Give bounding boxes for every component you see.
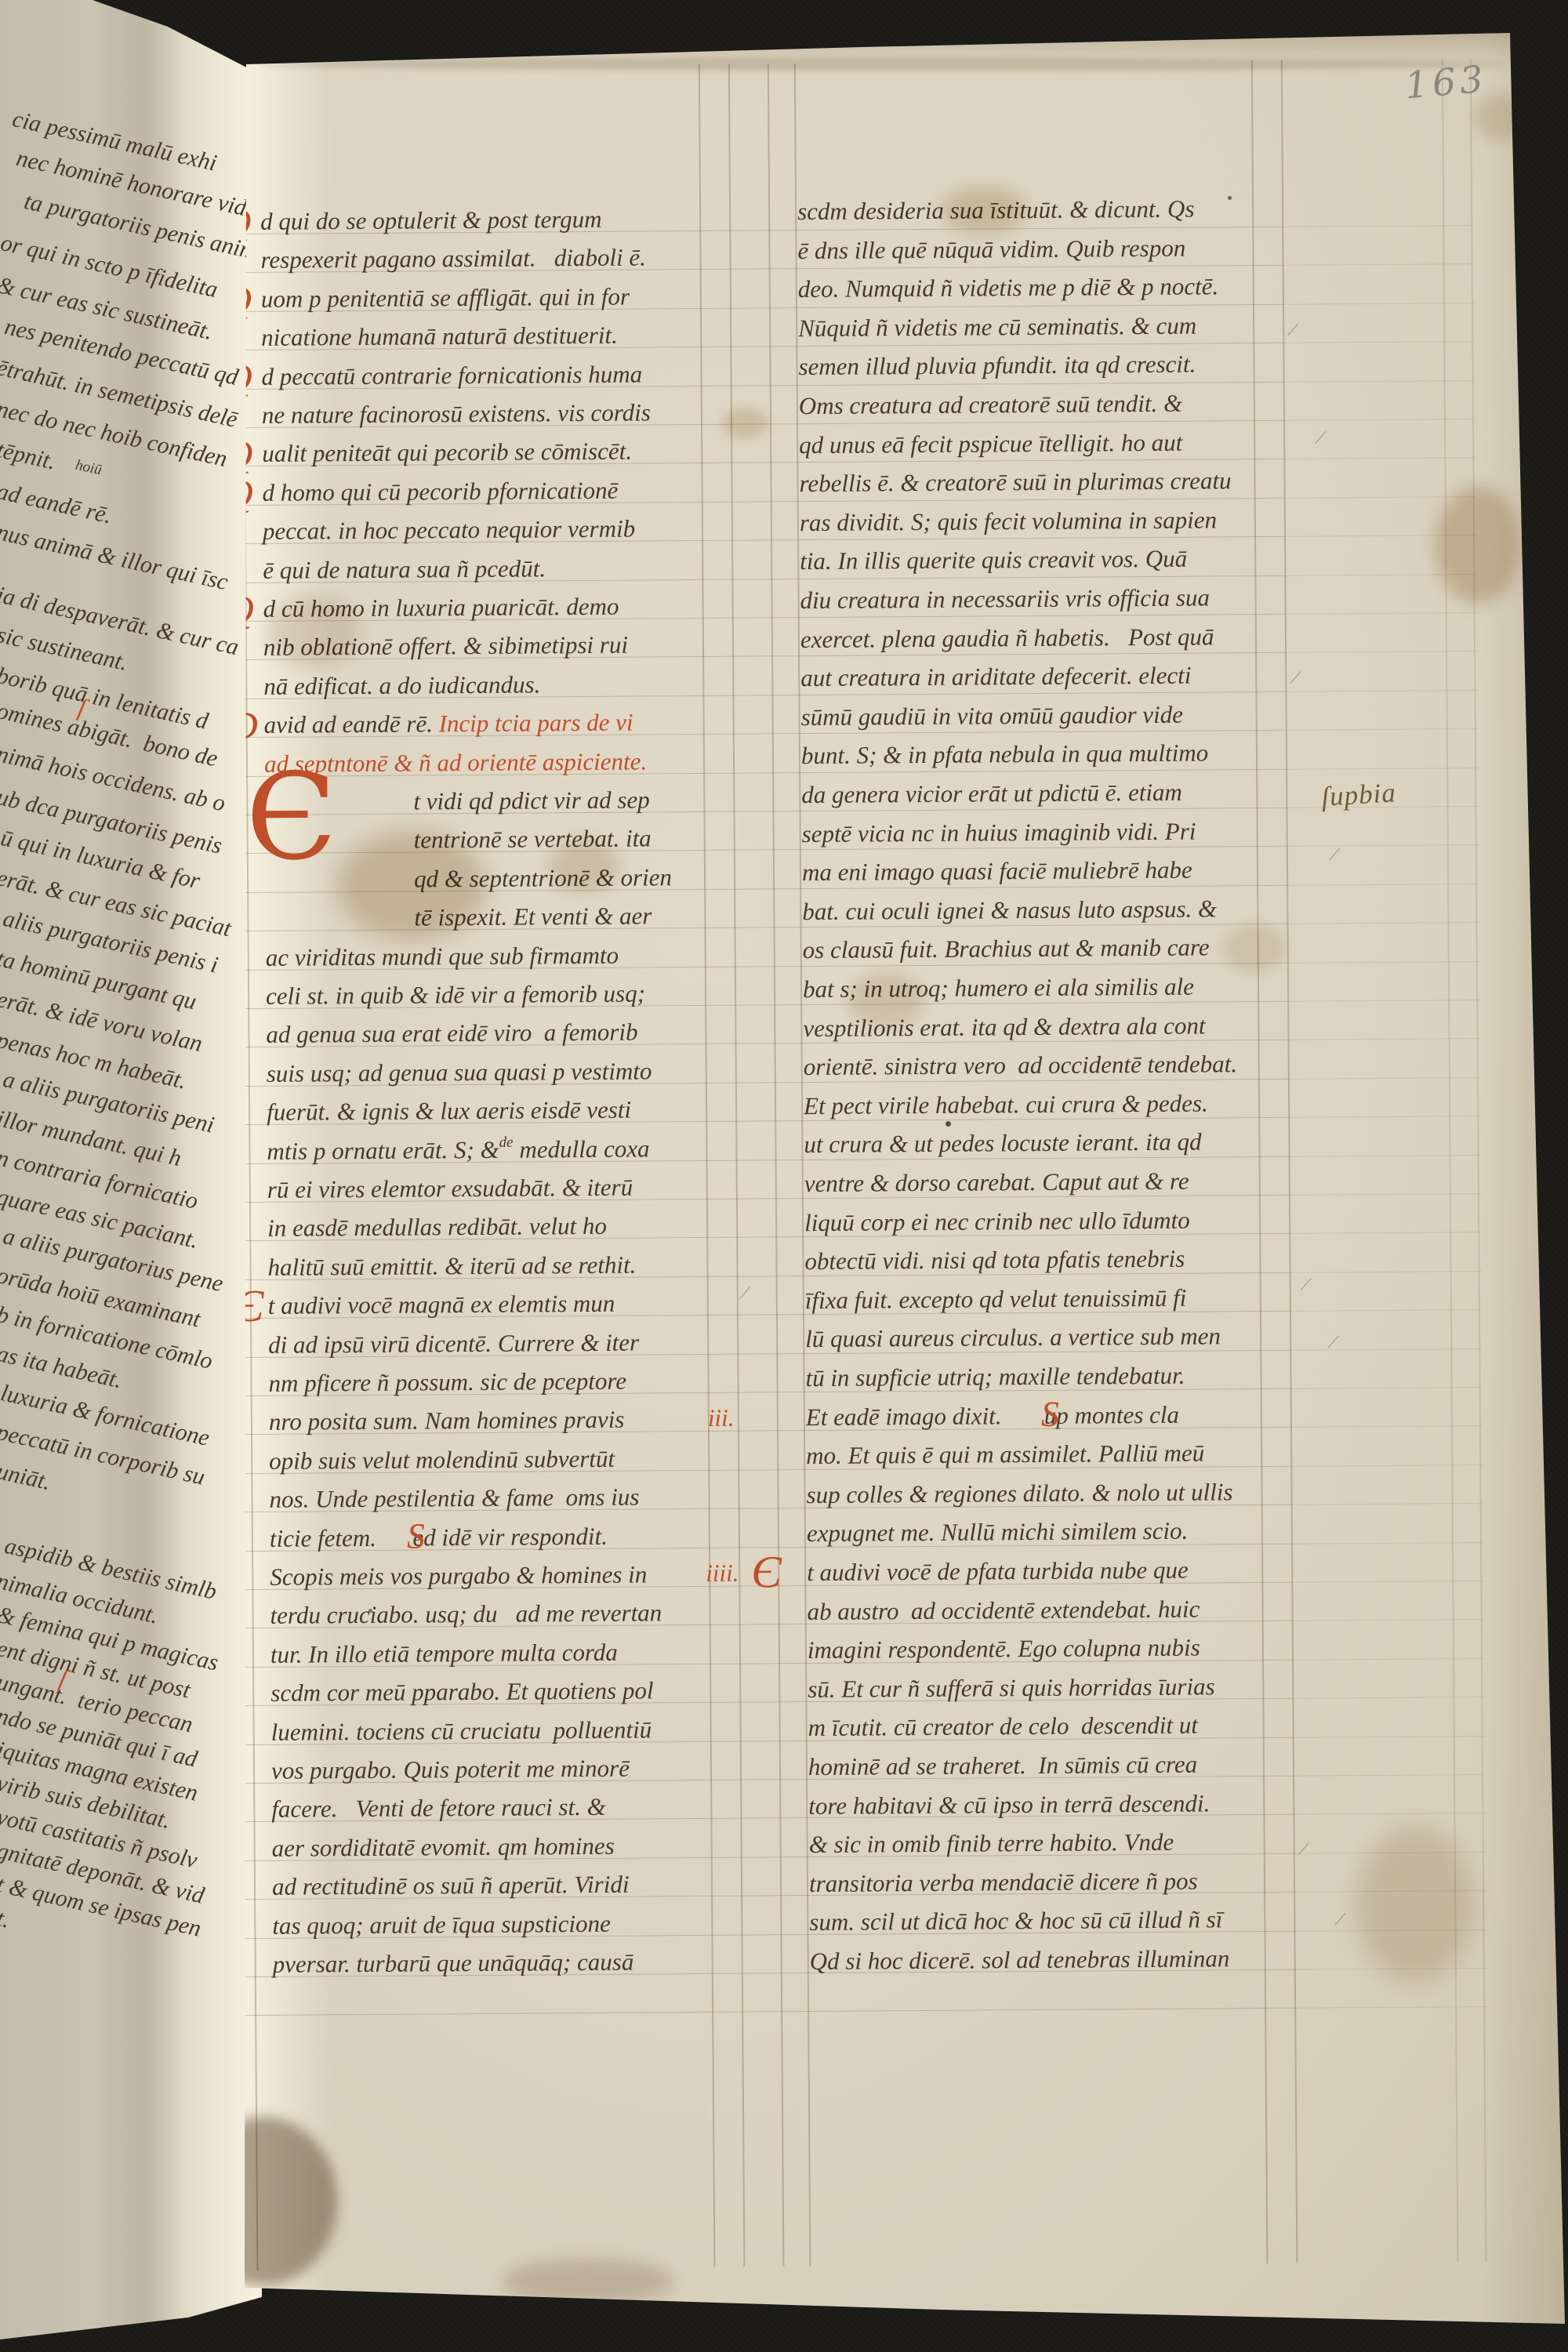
text-segment: celi st. in quib & idē vir a femorib usq… xyxy=(266,979,645,1009)
pen-tick-mark: / xyxy=(1315,425,1327,450)
text-segment: ē qui de natura sua ñ pcedūt. xyxy=(263,554,546,584)
text-column-2-line: ma eni imago quasi faciē muliebrē habe xyxy=(802,855,1192,887)
text-column-2-line: Et pect virile habebat. cui crura & pede… xyxy=(804,1088,1208,1121)
ruling-line-horizontal-margin xyxy=(1293,1581,1483,1583)
text-segment: ma eni imago quasi faciē muliebrē habe xyxy=(802,856,1192,886)
text-column-1-line: aer sordiditatē evomit. qm homines xyxy=(272,1831,615,1864)
text-column-1-line: halitū suū emittit. & iterū ad se rethit… xyxy=(267,1250,636,1282)
parchment-stain xyxy=(267,596,361,666)
ruling-line-horizontal-margin xyxy=(1289,1000,1479,1002)
rubric-initial: S xyxy=(1041,1396,1059,1432)
ruling-line-horizontal-margin xyxy=(1292,1465,1483,1467)
text-segment: tur. In illo etiā tempore multa corda xyxy=(270,1639,618,1668)
text-segment: vos purgabo. Quis poterit me minorē xyxy=(271,1755,630,1784)
text-segment: nro posita sum. Nam homines pravis xyxy=(269,1406,625,1436)
ruling-line-horizontal-margin xyxy=(1294,1813,1485,1815)
text-segment: qd unus eā fecit pspicue ītelligit. ho a… xyxy=(799,428,1182,458)
parchment-stain xyxy=(941,187,1027,234)
text-column-1-line: nro posita sum. Nam homines pravisiii. xyxy=(269,1405,625,1437)
rubric-initial: S xyxy=(407,1518,425,1554)
ruling-line-horizontal-margin xyxy=(1291,1348,1482,1351)
ruling-line-horizontal-margin xyxy=(1294,1658,1484,1661)
ruling-line-horizontal-margin xyxy=(1289,961,1479,964)
ruling-line-horizontal-margin xyxy=(1287,728,1478,731)
ruling-line-vertical xyxy=(699,64,715,2267)
text-column-2-line: semen illud pluvia pfundit. ita qd cresc… xyxy=(798,350,1196,383)
left-page-text-line: tēpnit. xyxy=(0,437,58,476)
ruling-line-horizontal-margin xyxy=(1294,1697,1484,1699)
text-column-2-line: obtectū vidi. nisi qd tota pfatis tenebr… xyxy=(804,1244,1185,1276)
text-column-1-line: ticie fetem. ed idē vir respondit.S xyxy=(270,1521,608,1553)
text-column-1-line: d qui do se optulerit & post tergumQ xyxy=(260,205,602,237)
text-column-1-line: d peccatū contrarie fornicationis humaQ xyxy=(261,359,642,391)
text-segment: ventre & dorso carebat. Caput aut & re xyxy=(804,1167,1189,1197)
ruling-line-horizontal-margin xyxy=(1296,2006,1486,2009)
text-segment: d peccatū contrarie fornicationis huma xyxy=(261,360,642,390)
ruling-line-horizontal-margin xyxy=(1290,1155,1481,1157)
text-segment: rebellis ē. & creatorē suū in plurimas c… xyxy=(799,466,1231,497)
text-segment: t audivi vocē de pfata turbida nube que xyxy=(807,1556,1189,1586)
text-segment: tū in supficie utriq; maxille tendebatur… xyxy=(805,1362,1185,1392)
text-column-2-line: exercet. plena gaudia ñ habetis. Post qu… xyxy=(800,622,1214,655)
ruling-line-horizontal-margin xyxy=(1287,612,1477,615)
text-segment: pversar. turbarū que unāquāq; causā xyxy=(273,1948,634,1978)
text-segment: mtis p ornatu erāt. S; & xyxy=(267,1135,499,1164)
text-column-1-line: ē qui de natura sua ñ pcedūt. xyxy=(263,554,546,586)
text-segment: mo. Et quis ē qui m assimilet. Palliū me… xyxy=(806,1439,1204,1470)
ruling-line-horizontal-margin xyxy=(1294,1736,1485,1738)
text-column-2-line: sū. Et cur ñ sufferā si quis horridas īu… xyxy=(808,1671,1215,1704)
ruling-line-horizontal-margin xyxy=(1294,1774,1485,1777)
text-column-2-line: tia. In illis querite quis creavit vos. … xyxy=(800,544,1187,576)
parchment-stain xyxy=(946,1121,951,1127)
ruling-line-horizontal-margin xyxy=(1293,1542,1483,1544)
text-column-1-line: nm pficere ñ possum. sic de pceptore xyxy=(268,1367,626,1399)
text-column-1-line: d homo qui cū pecorib pfornicationēQ xyxy=(262,476,618,508)
parchment-stain xyxy=(259,58,1513,71)
text-segment: luemini. tociens cū cruciatu polluentiū xyxy=(271,1715,652,1745)
text-column-2-line: t audivi vocē de pfata turbida nube que xyxy=(807,1555,1189,1588)
text-column-2-line: transitoria verba mendaciē dicere ñ pos xyxy=(809,1866,1198,1898)
text-column-1-line: ac viriditas mundi que sub firmamto xyxy=(266,940,619,972)
parchment-stain xyxy=(502,2258,674,2305)
text-segment: avid ad eandē rē. xyxy=(264,710,439,739)
ruling-line-horizontal xyxy=(228,2008,1296,2016)
ruling-line-horizontal-margin xyxy=(1284,263,1475,266)
text-segment: expugnet me. Nullū michi similem scio. xyxy=(807,1517,1189,1547)
text-segment: lū quasi aureus circulus. a vertice sub … xyxy=(805,1323,1221,1353)
text-segment: respexerit pagano assimilat. diaboli ē. xyxy=(260,244,646,274)
ruling-line-horizontal-margin xyxy=(1290,1232,1481,1234)
text-column-1-line: tas quoq; aruit de īqua supsticione xyxy=(272,1908,611,1940)
text-column-2-line: liquū corp ei nec crinib nec ullo īdumto xyxy=(804,1205,1190,1237)
text-segment: deo. Numquid ñ videtis me p diē & p noct… xyxy=(798,273,1219,303)
text-segment: ē dns ille quē nūquā vidim. Quib respon xyxy=(797,234,1185,263)
text-segment: tore habitavi & cū ipso in terrā descend… xyxy=(808,1789,1210,1820)
text-column-1-line: ad rectitudinē os suū ñ aperūt. Viridi xyxy=(272,1870,630,1902)
ruling-line-horizontal-margin xyxy=(1287,768,1478,770)
parchment-stain xyxy=(1228,196,1232,200)
ruling-line-horizontal-margin xyxy=(1290,1077,1480,1080)
text-segment: opib suis velut molendinū subvertūt xyxy=(269,1445,615,1475)
parchment-stain xyxy=(1435,486,1521,604)
text-column-1-line: opib suis velut molendinū subvertūt xyxy=(269,1444,615,1476)
text-column-1-line: ad genua sua erat eidē viro a femorib xyxy=(266,1018,637,1050)
ruling-line-horizontal-margin xyxy=(1293,1503,1483,1505)
text-column-1-line: luemini. tociens cū cruciatu polluentiū xyxy=(271,1715,652,1747)
ruling-line-horizontal-margin xyxy=(1285,419,1475,421)
text-column-2-line: m īcutit. cū creator de celo descendit u… xyxy=(808,1711,1199,1743)
text-segment: terdu cruciabo. usq; du ad me revertan xyxy=(270,1599,662,1629)
pen-tick-mark: / xyxy=(1287,317,1299,342)
text-column-1-line: respexerit pagano assimilat. diaboli ē. xyxy=(260,243,646,275)
text-column-1-line: celi st. in quib & idē vir a femorib usq… xyxy=(266,978,645,1011)
pen-tick-mark: / xyxy=(1334,1907,1346,1932)
text-column-1-line: nos. Unde pestilentia & fame oms ius xyxy=(269,1483,639,1515)
text-segment: liquū corp ei nec crinib nec ullo īdumto xyxy=(804,1206,1190,1236)
text-column-2-line: bat. cui oculi ignei & nasus luto aspsus… xyxy=(802,894,1217,927)
text-segment: Nūquid ñ videtis me cū seminatis. & cum xyxy=(798,311,1196,342)
text-segment: m īcutit. cū creator de celo descendit u… xyxy=(808,1711,1199,1741)
text-column-1-line: Scopis meis vos purgabo & homines iniiii… xyxy=(270,1559,647,1592)
text-segment: ut crura & ut pedes locuste ierant. ita … xyxy=(804,1128,1201,1159)
parchment-stain xyxy=(337,831,486,941)
large-initial-E: Є xyxy=(245,764,337,872)
ruling-line-horizontal-margin xyxy=(1288,884,1479,886)
ruling-line-vertical-faint xyxy=(1470,59,1486,2262)
text-segment: nm pficere ñ possum. sic de pceptore xyxy=(268,1367,626,1397)
ruling-line-horizontal-margin xyxy=(1291,1271,1482,1273)
ruling-line-horizontal-margin xyxy=(1285,457,1475,459)
text-segment: in easdē medullas redibāt. velut ho xyxy=(267,1212,607,1242)
text-column-1-line: nā edificat. a do iudicandus. xyxy=(263,670,540,701)
text-segment: ab austro ad occidentē extendebat. huic xyxy=(807,1595,1200,1624)
text-segment: tia. In illis querite quis creavit vos. … xyxy=(800,545,1187,575)
ruling-line-horizontal-margin xyxy=(1287,651,1477,653)
text-segment: Et pect virile habebat. cui crura & pede… xyxy=(804,1089,1208,1120)
text-column-2-line: sup colles & regiones dilato. & nolo ut … xyxy=(806,1477,1232,1510)
text-column-1-line: rū ei vires elemtor exsudabāt. & iterū xyxy=(267,1173,633,1205)
text-segment: rū ei vires elemtor exsudabāt. & iterū xyxy=(267,1174,633,1203)
text-segment: Incip tcia pars de vi xyxy=(439,709,633,738)
text-segment: os clausū fuit. Brachius aut & manib car… xyxy=(803,934,1210,964)
text-column-2-line: ut crura & ut pedes locuste ierant. ita … xyxy=(804,1127,1201,1160)
text-segment: hominē ad se traheret. In sūmis cū crea xyxy=(808,1751,1197,1780)
ruling-line-vertical xyxy=(728,64,745,2267)
text-segment: aut creatura in ariditate defecerit. ele… xyxy=(800,662,1191,691)
text-segment: transitoria verba mendaciē dicere ñ pos xyxy=(809,1867,1198,1896)
text-column-2-line: ab austro ad occidentē extendebat. huic xyxy=(807,1594,1200,1626)
text-segment: da genera vicior erāt ut pdictū ē. etiam xyxy=(801,779,1182,808)
text-column-2-line: expugnet me. Nullū michi similem scio. xyxy=(807,1516,1189,1548)
text-column-1-line: pversar. turbarū que unāquāq; causā xyxy=(273,1947,634,1980)
text-segment: Oms creatura ad creatorē suū tendit. & xyxy=(799,390,1183,419)
folio-number: 163 xyxy=(1403,58,1489,108)
parchment-stain xyxy=(1223,925,1286,972)
text-segment: sūmū gaudiū in vita omūū gaudior vide xyxy=(801,700,1184,730)
text-column-2-line: bunt. S; & in pfata nebula in qua multim… xyxy=(801,739,1209,771)
pen-tick-mark: / xyxy=(1327,1330,1339,1355)
text-column-2-line: ras dividit. S; quis fecit volumina in s… xyxy=(800,505,1217,538)
text-segment: tas quoq; aruit de īqua supsticione xyxy=(272,1909,611,1939)
text-segment: sū. Et cur ñ sufferā si quis horridas īu… xyxy=(808,1672,1215,1703)
rubric-initial: Є xyxy=(751,1549,782,1595)
text-segment: d homo qui cū pecorib pfornicationē xyxy=(262,477,618,506)
text-segment: halitū suū emittit. & iterū ad se rethit… xyxy=(267,1250,636,1280)
text-segment: Et eadē imago dixit. xyxy=(806,1402,1044,1431)
ruling-line-horizontal-margin xyxy=(1290,1116,1480,1118)
text-column-1-line: uom p penitentiā se affligāt. qui in for… xyxy=(261,281,630,314)
ruling-line-vertical xyxy=(768,64,784,2267)
text-column-2-line: aut creatura in ariditate defecerit. ele… xyxy=(800,661,1191,693)
text-column-2-line: tū in supficie utriq; maxille tendebatur… xyxy=(805,1361,1185,1393)
text-segment: ed idē vir respondit. xyxy=(412,1522,608,1551)
text-segment: Qd si hoc dicerē. sol ad tenebras illumi… xyxy=(810,1944,1230,1975)
text-column-1-line: di ad ipsū virū dicentē. Currere & iter xyxy=(268,1327,639,1359)
text-column-2-line: orientē. sinistra vero ad occidentē tend… xyxy=(804,1049,1238,1082)
ruling-line-horizontal xyxy=(220,808,1287,816)
pen-tick-mark: / xyxy=(1300,1272,1312,1297)
text-segment: up montes cla xyxy=(1044,1400,1179,1428)
text-segment: facere. Venti de fetore rauci st. & xyxy=(271,1793,606,1823)
text-segment: bunt. S; & in pfata nebula in qua multim… xyxy=(801,739,1208,770)
text-segment: septē vicia nc in huius imaginib vidi. P… xyxy=(802,817,1196,848)
previous-page-edge: cia pessimū malū exhinec hominē honorare… xyxy=(0,0,263,2352)
text-segment: nicatione humanā naturā destituerit. xyxy=(261,321,618,351)
text-column-2-line: mo. Et quis ē qui m assimilet. Palliū me… xyxy=(806,1439,1204,1472)
ruling-line-horizontal-margin xyxy=(1292,1425,1483,1428)
text-column-2-line: os clausū fuit. Brachius aut & manib car… xyxy=(803,933,1210,966)
text-column-1-line: nicatione humanā naturā destituerit. xyxy=(261,321,618,353)
text-segment: & sic in omib finib terre habito. Vnde xyxy=(809,1828,1174,1858)
ruling-line-vertical xyxy=(1281,60,1298,2263)
text-segment: uom p penitentiā se affligāt. qui in for xyxy=(261,282,630,312)
ruling-line-horizontal-margin xyxy=(1286,496,1476,499)
text-segment: Scopis meis vos purgabo & homines in xyxy=(270,1560,647,1590)
manuscript-photo: cia pessimū malū exhinec hominē honorare… xyxy=(0,0,1568,2352)
ruling-line-horizontal-margin xyxy=(1287,690,1477,692)
text-segment: peccat. in hoc peccato nequior vermib xyxy=(263,515,635,545)
text-column-1-line: t audivi vocē magnā ex elemtis munЄ xyxy=(268,1289,615,1321)
rubric-initial: iiii. xyxy=(706,1561,739,1585)
text-column-1-line: fuerūt. & ignis & lux aeris eisdē vesti xyxy=(267,1095,631,1127)
text-segment: ne nature facinorosū existens. vis cordi… xyxy=(262,398,651,428)
text-segment: scdm cor meū pparabo. Et quotiens pol xyxy=(270,1677,653,1707)
ruling-line-horizontal-margin xyxy=(1284,303,1475,305)
text-column-2-line: Et eadē imago dixit. up montes claS xyxy=(806,1399,1179,1432)
text-column-1-line: suis usq; ad genua sua quasi p vestimto xyxy=(267,1056,652,1088)
text-segment: semen illud pluvia pfundit. ita qd cresc… xyxy=(798,350,1196,381)
text-segment: orientē. sinistra vero ad occidentē tend… xyxy=(804,1050,1238,1080)
parchment-stain xyxy=(1356,1827,1474,1984)
text-column-2-line: da genera vicior erāt ut pdictū ē. etiam xyxy=(801,778,1182,810)
ruling-line-horizontal-margin xyxy=(1290,1193,1481,1196)
text-column-2-line: Nūquid ñ videtis me cū seminatis. & cum xyxy=(798,310,1196,343)
ruling-line-vertical xyxy=(1251,60,1268,2263)
text-column-1-line: facere. Venti de fetore rauci st. & xyxy=(271,1792,606,1824)
parchment-stain xyxy=(549,839,619,894)
text-segment: nos. Unde pestilentia & fame oms ius xyxy=(269,1483,639,1513)
text-column-2-line: rebellis ē. & creatorē suū in plurimas c… xyxy=(799,466,1231,499)
ruling-line-horizontal-margin xyxy=(1288,922,1479,924)
text-column-2-line: Qd si hoc dicerē. sol ad tenebras illumi… xyxy=(810,1944,1230,1976)
rubric-initial: iii. xyxy=(708,1406,735,1430)
text-segment: suis usq; ad genua sua quasi p vestimto xyxy=(267,1057,652,1087)
parchment-stain xyxy=(368,1609,372,1613)
text-segment: obtectū vidi. nisi qd tota pfatis tenebr… xyxy=(804,1245,1185,1275)
text-column-2-line: ē dns ille quē nūquā vidim. Quib respon xyxy=(797,233,1185,265)
text-column-2-line: septē vicia nc in huius imaginib vidi. P… xyxy=(802,816,1196,849)
text-segment: imagini respondentē. Ego colupna nubis xyxy=(808,1634,1200,1664)
text-column-1-line: ualit peniteāt qui pecorib se cōmiscēt.Q xyxy=(262,437,632,469)
text-segment: sup colles & regiones dilato. & nolo ut … xyxy=(806,1478,1232,1508)
pen-tick-mark: / xyxy=(1290,665,1301,690)
text-segment: t audivi vocē magnā ex elemtis mun xyxy=(268,1290,615,1319)
text-segment: ac viriditas mundi que sub firmamto xyxy=(266,941,619,971)
text-column-1-line: mtis p ornatu erāt. S; &de medulla coxa xyxy=(267,1134,649,1170)
text-segment: di ad ipsū virū dicentē. Currere & iter xyxy=(268,1328,639,1358)
text-column-2-line: sum. scil ut dicā hoc & hoc sū cū illud … xyxy=(809,1905,1222,1938)
text-segment: īfixa fuit. excepto qd velut tenuissimū … xyxy=(805,1283,1187,1313)
text-segment: ad genua sua erat eidē viro a femorib xyxy=(266,1018,637,1048)
text-column-2-line: & sic in omib finib terre habito. Vnde xyxy=(809,1828,1174,1860)
text-segment: de xyxy=(499,1134,514,1150)
ruling-line-horizontal-margin xyxy=(1283,225,1474,227)
left-page-text-line: t. xyxy=(0,1905,12,1934)
text-column-2-line: īfixa fuit. excepto qd velut tenuissimū … xyxy=(805,1283,1187,1315)
text-column-1-line: peccat. in hoc peccato nequior vermib xyxy=(263,514,635,546)
text-column-2-line: lū quasi aureus circulus. a vertice sub … xyxy=(805,1322,1221,1355)
text-column-2-line: hominē ad se traheret. In sūmis cū crea xyxy=(808,1750,1197,1782)
ruling-line-horizontal-margin xyxy=(1292,1387,1483,1389)
text-segment: ticie fetem. xyxy=(270,1523,413,1552)
pen-tick-mark: / xyxy=(1298,1836,1309,1861)
text-column-1-line: ne nature facinorosū existens. vis cordi… xyxy=(262,397,651,430)
ruling-line-horizontal-margin xyxy=(1284,341,1475,343)
text-column-2-line: Oms creatura ad creatorē suū tendit. & xyxy=(799,389,1183,421)
text-segment: ad rectitudinē os suū ñ aperūt. Viridi xyxy=(272,1871,630,1900)
text-segment: fuerūt. & ignis & lux aeris eisdē vesti xyxy=(267,1096,631,1126)
text-column-2-line: tore habitavi & cū ipso in terrā descend… xyxy=(808,1788,1210,1821)
text-segment: aer sordiditatē evomit. qm homines xyxy=(272,1832,615,1862)
text-segment: nā edificat. a do iudicandus. xyxy=(263,670,540,699)
text-column-2-line: imagini respondentē. Ego colupna nubis xyxy=(808,1633,1200,1665)
text-column-1-line: t vidi qd pdict vir ad sep xyxy=(413,785,650,816)
pen-tick-mark: / xyxy=(739,1280,750,1305)
text-column-1-line: terdu cruciabo. usq; du ad me revertan xyxy=(270,1599,662,1631)
text-column-1-line: in easdē medullas redibāt. velut ho xyxy=(267,1211,607,1243)
parchment-stain xyxy=(721,408,768,439)
parchment-stain xyxy=(847,972,925,1027)
text-column-2-line: diu creatura in necessariis vris officia… xyxy=(800,583,1210,615)
text-segment: diu creatura in necessariis vris officia… xyxy=(800,583,1210,614)
text-column-2-line: qd unus eā fecit pspicue ītelligit. ho a… xyxy=(799,427,1182,459)
text-column-2-line: sūmū gaudiū in vita omūū gaudior vide xyxy=(800,699,1183,731)
text-column-1-line: avid ad eandē rē. Incip tcia pars de viD xyxy=(264,708,633,740)
text-column-2-line: ventre & dorso carebat. Caput aut & re xyxy=(804,1167,1189,1199)
text-segment: ualit peniteāt qui pecorib se cōmiscēt. xyxy=(262,437,632,467)
ruling-line-horizontal-margin xyxy=(1288,844,1479,847)
ruling-line-horizontal-margin xyxy=(1294,1619,1484,1621)
text-column-1-line: vos purgabo. Quis poterit me minorē xyxy=(271,1754,630,1786)
text-column-1-line: tur. In illo etiā tempore multa corda xyxy=(270,1638,618,1670)
text-segment: ras dividit. S; quis fecit volumina in s… xyxy=(800,506,1217,536)
text-segment: medulla coxa xyxy=(514,1134,650,1163)
text-segment: d qui do se optulerit & post tergum xyxy=(260,205,602,235)
text-column-1-line: scdm cor meū pparabo. Et quotiens pol xyxy=(270,1676,653,1708)
ruling-line-horizontal-margin xyxy=(1285,380,1475,383)
text-segment: exercet. plena gaudia ñ habetis. Post qu… xyxy=(800,622,1214,653)
text-column-2-line: deo. Numquid ñ videtis me p diē & p noct… xyxy=(798,272,1219,305)
ruling-line-horizontal-margin xyxy=(1290,1038,1480,1040)
text-segment: sum. scil ut dicā hoc & hoc sū cū illud … xyxy=(809,1906,1222,1936)
text-segment: bat. cui oculi ignei & nasus luto aspsus… xyxy=(802,895,1217,925)
ruling-line-horizontal-margin xyxy=(1291,1309,1482,1312)
left-page-text-line: uniāt. xyxy=(0,1458,53,1496)
text-segment: t vidi qd pdict vir ad sep xyxy=(413,786,650,815)
